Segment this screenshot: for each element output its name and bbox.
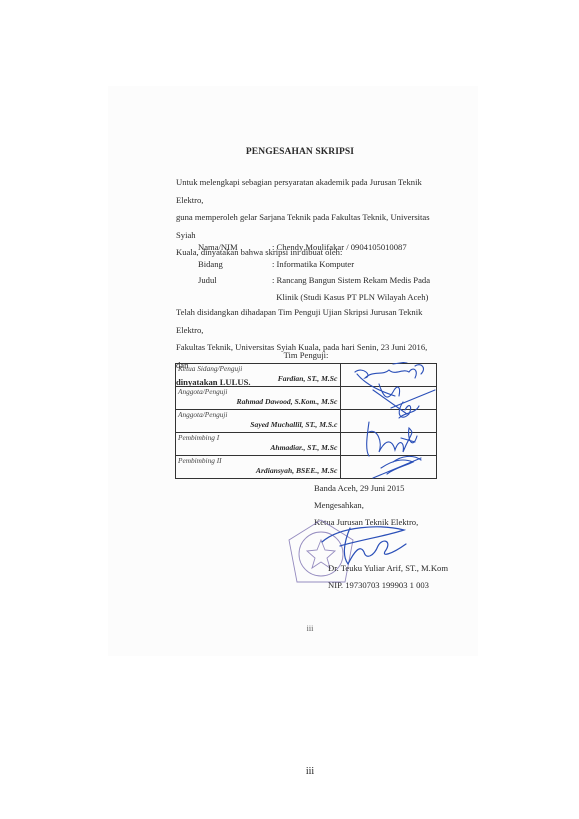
examiner-name: Ahmadiar., ST., M.Sc bbox=[176, 442, 340, 453]
detail-value-field: : Informatika Komputer bbox=[272, 256, 442, 273]
document-title: PENGESAHAN SKRIPSI bbox=[150, 147, 450, 157]
signature-cell bbox=[341, 456, 437, 479]
examiner-role: Pembimbing II bbox=[176, 456, 340, 465]
intro-line: Untuk melengkapi sebagian persyaratan ak… bbox=[176, 174, 436, 209]
table-row: Ketua Sidang/PengujiFardian, ST., M.Sc bbox=[176, 364, 437, 387]
examiner-name: Rahmad Dawood, S.Kom., M.Sc bbox=[176, 396, 340, 407]
detail-label-title: Judul bbox=[198, 272, 238, 289]
place-date: Banda Aceh, 29 Juni 2015 bbox=[314, 480, 418, 497]
examiner-role: Pembimbing I bbox=[176, 433, 340, 442]
detail-label-name: Nama/NIM bbox=[198, 239, 238, 256]
detail-value-name: : Chendy Moulifakar / 0904105010087 bbox=[272, 239, 442, 256]
table-row: Pembimbing IIArdiansyah, BSEE., M.Sc bbox=[176, 456, 437, 479]
examiner-table: Ketua Sidang/PengujiFardian, ST., M.Sc A… bbox=[175, 363, 437, 479]
detail-labels: Nama/NIM Bidang Judul bbox=[198, 239, 238, 289]
signature-cell bbox=[341, 387, 437, 410]
signature-cell bbox=[341, 433, 437, 456]
examiner-role: Anggota/Penguji bbox=[176, 387, 340, 396]
signature-cell bbox=[341, 410, 437, 433]
table-row: Anggota/PengujiSayed Muchallil, ST., M.S… bbox=[176, 410, 437, 433]
examiner-role: Ketua Sidang/Penguji bbox=[176, 364, 340, 373]
detail-label-field: Bidang bbox=[198, 256, 238, 273]
examiner-name: Fardian, ST., M.Sc bbox=[176, 373, 340, 384]
page-number: iii bbox=[280, 766, 340, 777]
signer-block: Dr. Teuku Yuliar Arif, ST., M.Kom NIP. 1… bbox=[314, 560, 448, 594]
exam-line: Telah disidangkan dihadapan Tim Penguji … bbox=[176, 304, 436, 339]
approval-text: Mengesahkan, bbox=[314, 497, 418, 514]
table-row: Pembimbing IAhmadiar., ST., M.Sc bbox=[176, 433, 437, 456]
examiner-name: Ardiansyah, BSEE., M.Sc bbox=[176, 465, 340, 476]
examiner-role: Anggota/Penguji bbox=[176, 410, 340, 419]
signer-nip: NIP. 19730703 199903 1 003 bbox=[314, 577, 448, 594]
team-heading: Tim Penguji: bbox=[176, 350, 436, 360]
scan-page-number: iii bbox=[290, 624, 330, 633]
examiner-name: Sayed Muchallil, ST., M.S.c bbox=[176, 419, 340, 430]
detail-value-title: : Rancang Bangun Sistem Rekam Medis Pada bbox=[272, 272, 442, 289]
table-row: Anggota/PengujiRahmad Dawood, S.Kom., M.… bbox=[176, 387, 437, 410]
signer-name: Dr. Teuku Yuliar Arif, ST., M.Kom bbox=[314, 560, 448, 577]
detail-values: : Chendy Moulifakar / 0904105010087 : In… bbox=[272, 239, 442, 306]
signature-cell bbox=[341, 364, 437, 387]
